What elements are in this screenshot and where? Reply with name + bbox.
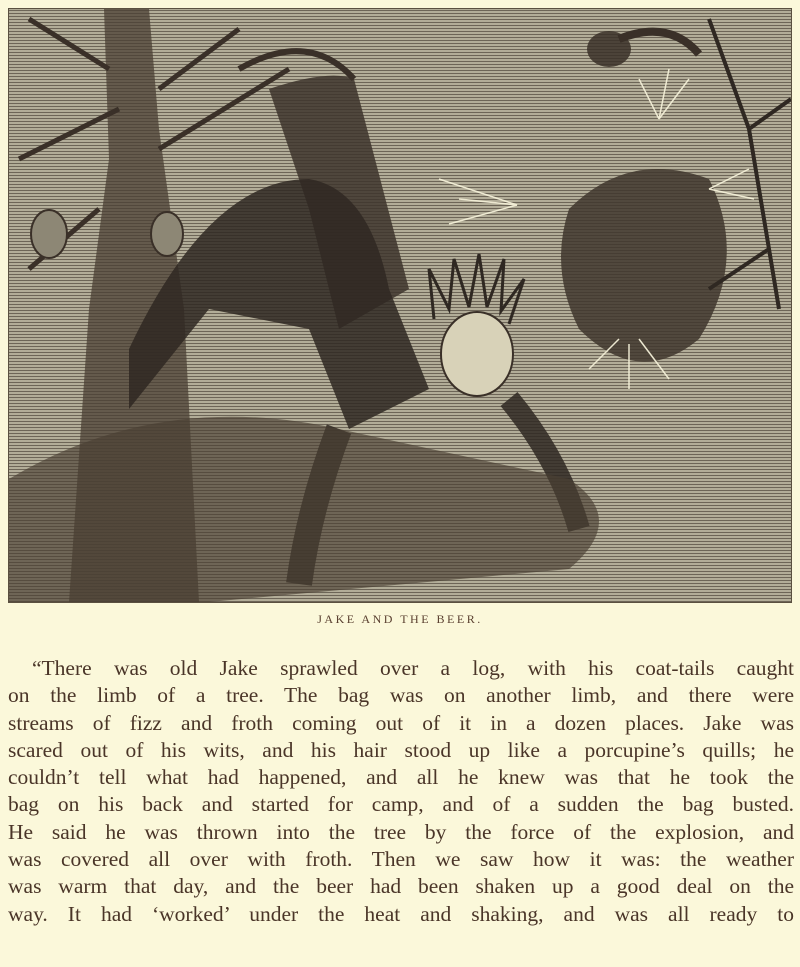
text-line: on the limb of a tree. The bag was on an… (8, 682, 794, 709)
engraving-illustration (8, 8, 792, 603)
text-line: streams of fizz and froth coming out of … (8, 710, 794, 737)
text-line: was covered all over with froth. Then we… (8, 846, 794, 873)
text-line: He said he was thrown into the tree by t… (8, 819, 794, 846)
body-paragraph: “There was old Jake sprawled over a log,… (8, 655, 794, 928)
text-line: couldn’t tell what had happened, and all… (8, 764, 794, 791)
text-line: bag on his back and started for camp, an… (8, 791, 794, 818)
text-line: way. It had ‘worked’ under the heat and … (8, 901, 794, 928)
text-line: was warm that day, and the beer had been… (8, 873, 794, 900)
text-line: scared out of his wits, and his hair sto… (8, 737, 794, 764)
engraving-art (9, 9, 791, 602)
text-line: “There was old Jake sprawled over a log,… (8, 655, 794, 682)
illustration-caption: JAKE AND THE BEER. (0, 612, 800, 627)
